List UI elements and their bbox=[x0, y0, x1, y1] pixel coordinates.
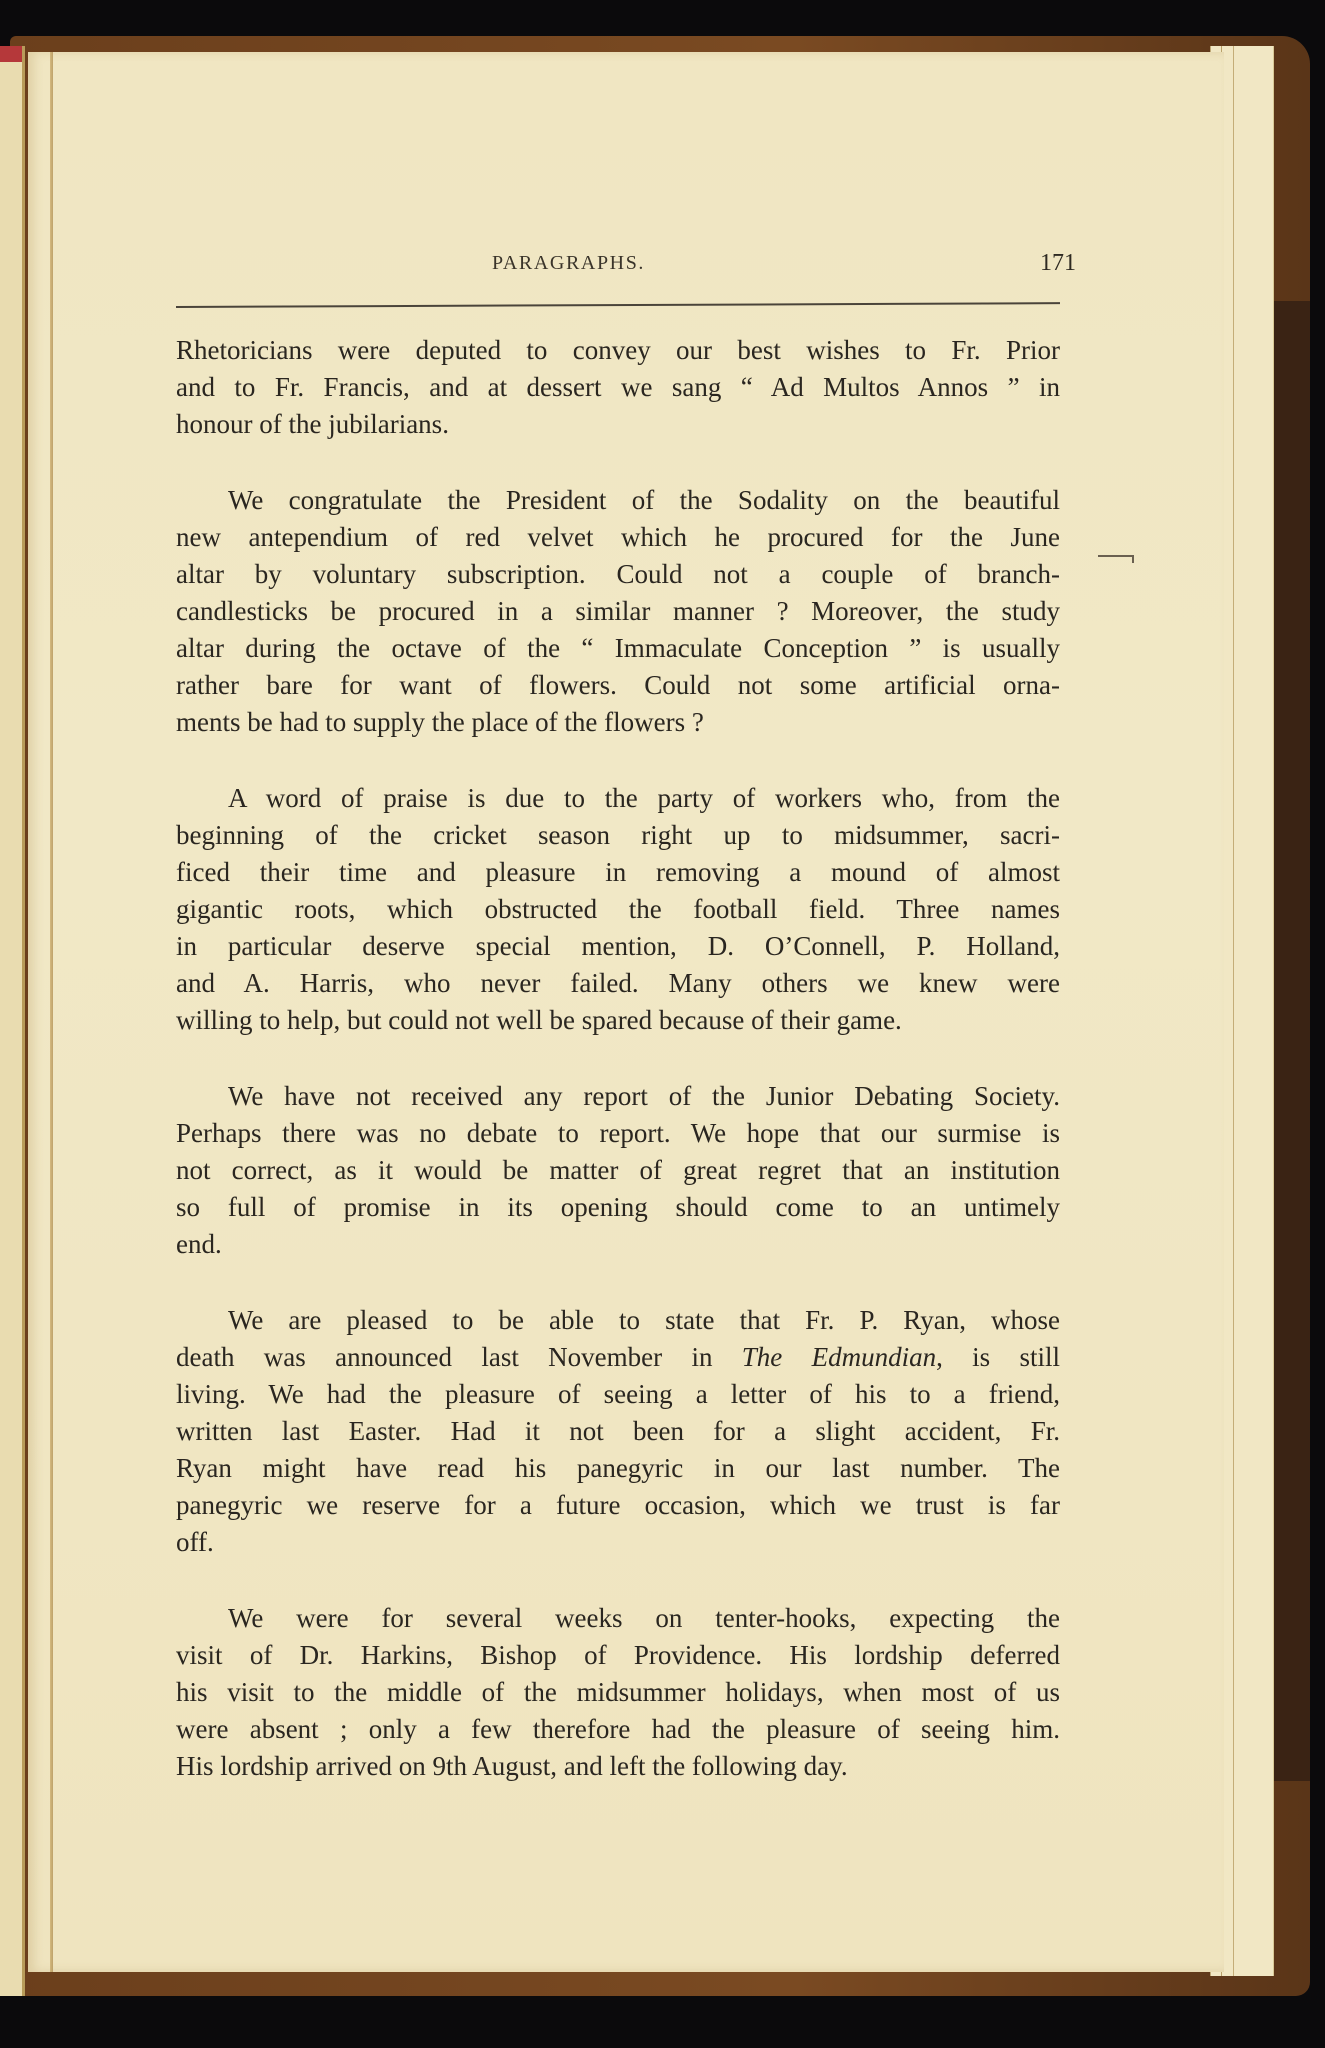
text-line: Ryan might have read his panegyric in ou… bbox=[176, 1450, 1060, 1487]
text-line: A word of praise is due to the party of … bbox=[176, 780, 1060, 817]
text-line: panegyric we reserve for a future occasi… bbox=[176, 1487, 1060, 1524]
text-line: willing to help, but could not well be s… bbox=[176, 1002, 1060, 1039]
text-line: rather bare for want of flowers. Could n… bbox=[176, 667, 1060, 704]
facing-page-edge bbox=[0, 46, 25, 1996]
text-line: Perhaps there was no debate to report. W… bbox=[176, 1115, 1060, 1152]
text-line: and A. Harris, who never failed. Many ot… bbox=[176, 965, 1060, 1002]
text-line: His lordship arrived on 9th August, and … bbox=[176, 1748, 1060, 1785]
text-line: We were for several weeks on tenter-hook… bbox=[176, 1600, 1060, 1637]
text-line: altar during the octave of the “ Immacul… bbox=[176, 630, 1060, 667]
text-line: written last Easter. Had it not been for… bbox=[176, 1413, 1060, 1450]
paragraph-1: Rhetoricians were deputed to convey our … bbox=[176, 332, 1060, 443]
text-line: We are pleased to be able to state that … bbox=[176, 1302, 1060, 1339]
text-line: and to Fr. Francis, and at dessert we sa… bbox=[176, 369, 1060, 406]
paragraph-4: We have not received any report of the J… bbox=[176, 1078, 1060, 1263]
text-line: ments be had to supply the place of the … bbox=[176, 704, 1060, 741]
running-head-title: PARAGRAPHS. bbox=[492, 252, 645, 275]
text-line: death was announced last November in The… bbox=[176, 1339, 1060, 1376]
text-line: were absent ; only a few therefore had t… bbox=[176, 1711, 1060, 1748]
text-line: We have not received any report of the J… bbox=[176, 1078, 1060, 1115]
running-head: PARAGRAPHS. 171 bbox=[0, 252, 1325, 282]
text-line: new antependium of red velvet which he p… bbox=[176, 519, 1060, 556]
text-line: his visit to the middle of the midsummer… bbox=[176, 1674, 1060, 1711]
text-fragment: , is still bbox=[936, 1342, 1060, 1372]
text-line: candlesticks be procured in a similar ma… bbox=[176, 593, 1060, 630]
text-line: honour of the jubilarians. bbox=[176, 406, 1060, 443]
headband bbox=[0, 46, 22, 62]
text-line: altar by voluntary subscription. Could n… bbox=[176, 556, 1060, 593]
text-line: in particular deserve special mention, D… bbox=[176, 928, 1060, 965]
text-line: beginning of the cricket season right up… bbox=[176, 817, 1060, 854]
gutter-crease bbox=[50, 52, 53, 1972]
paragraph-2: We congratulate the President of the Sod… bbox=[176, 482, 1060, 741]
paragraph-3: A word of praise is due to the party of … bbox=[176, 780, 1060, 1039]
body-text: Rhetoricians were deputed to convey our … bbox=[176, 332, 1060, 1785]
pencil-margin-mark bbox=[1098, 555, 1134, 563]
text-line: not correct, as it would be matter of gr… bbox=[176, 1152, 1060, 1189]
text-line: visit of Dr. Harkins, Bishop of Providen… bbox=[176, 1637, 1060, 1674]
text-line: ficed their time and pleasure in removin… bbox=[176, 854, 1060, 891]
text-line: off. bbox=[176, 1524, 1060, 1561]
text-line: Rhetoricians were deputed to convey our … bbox=[176, 332, 1060, 369]
text-fragment: death was announced last November in bbox=[176, 1342, 742, 1372]
page-number: 171 bbox=[1040, 250, 1076, 277]
publication-title: The Edmundian bbox=[742, 1342, 936, 1372]
text-line: so full of promise in its opening should… bbox=[176, 1189, 1060, 1226]
paragraph-5: We are pleased to be able to state that … bbox=[176, 1302, 1060, 1561]
text-line: end. bbox=[176, 1226, 1060, 1263]
text-line: living. We had the pleasure of seeing a … bbox=[176, 1376, 1060, 1413]
text-line: We congratulate the President of the Sod… bbox=[176, 482, 1060, 519]
paragraph-6: We were for several weeks on tenter-hook… bbox=[176, 1600, 1060, 1785]
text-line: gigantic roots, which obstructed the foo… bbox=[176, 891, 1060, 928]
